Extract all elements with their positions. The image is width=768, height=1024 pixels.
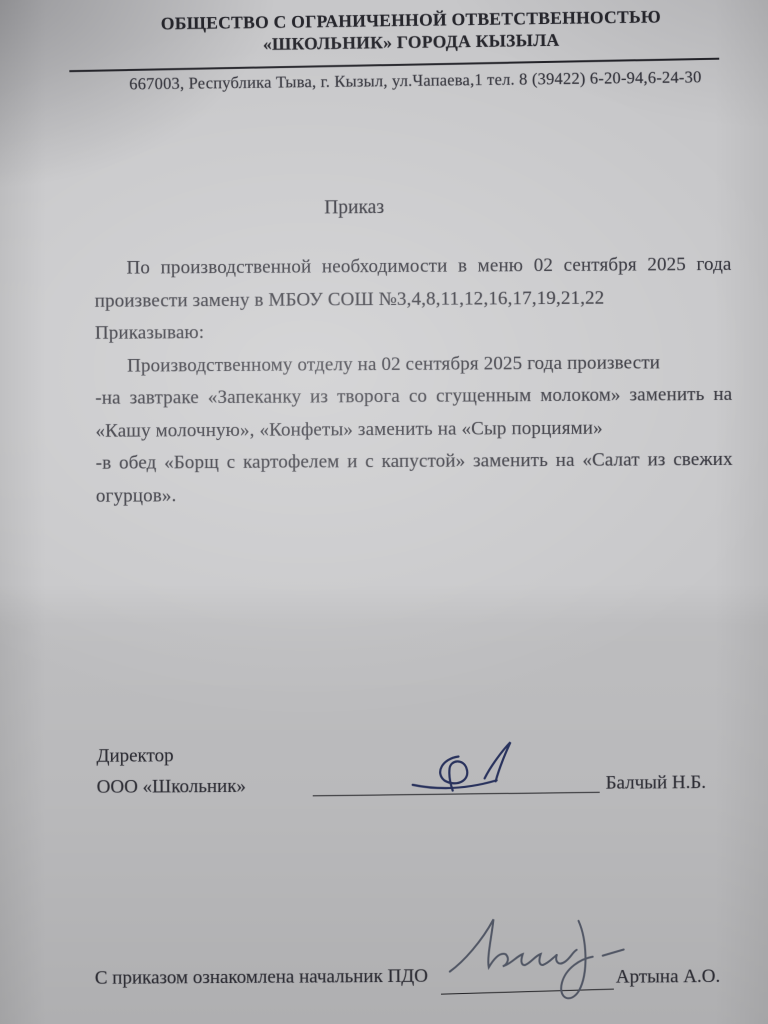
director-signature-icon: [406, 738, 536, 801]
director-title-line1: Директор: [96, 740, 245, 772]
body-line-1: По производственной необходимости в меню…: [94, 249, 731, 285]
body-line-3: Приказываю:: [95, 314, 732, 350]
director-signature: [406, 738, 536, 806]
ack-signature-icon: [445, 904, 638, 1017]
body-line-6: «Кашу молочную», «Конфеты» заменить на «…: [95, 411, 732, 447]
body-line-8: огурцов».: [96, 476, 733, 512]
body-line-5: -на завтраке «Запеканку из творога со сг…: [95, 379, 732, 415]
order-body: По производственной необходимости в меню…: [94, 249, 733, 513]
director-name: Балчый Н.Б.: [606, 767, 707, 799]
director-title: Директор ООО «Школьник»: [96, 740, 246, 803]
page-content: ОБЩЕСТВО С ОГРАНИЧЕННОЙ ОТВЕТСТВЕННОСТЬЮ…: [0, 0, 768, 1024]
org-name: ОБЩЕСТВО С ОГРАНИЧЕННОЙ ОТВЕТСТВЕННОСТЬЮ…: [27, 4, 768, 58]
ack-signature: [445, 904, 638, 1022]
director-title-line2: ООО «Школьник»: [97, 771, 246, 803]
ack-statement: С приказом ознакомлена начальник ПДО: [95, 961, 428, 994]
document-title: Приказ: [0, 195, 738, 222]
body-line-2: произвести замену в МБОУ СОШ №3,4,8,11,1…: [95, 281, 732, 317]
ack-name: Артына А.О.: [616, 961, 721, 993]
document-photo: ОБЩЕСТВО С ОГРАНИЧЕННОЙ ОТВЕТСТВЕННОСТЬЮ…: [0, 0, 768, 1024]
body-line-7: -в обед «Борщ с картофелем и с капустой»…: [96, 444, 733, 480]
body-line-4: Производственному отделу на 02 сентября …: [95, 346, 732, 382]
